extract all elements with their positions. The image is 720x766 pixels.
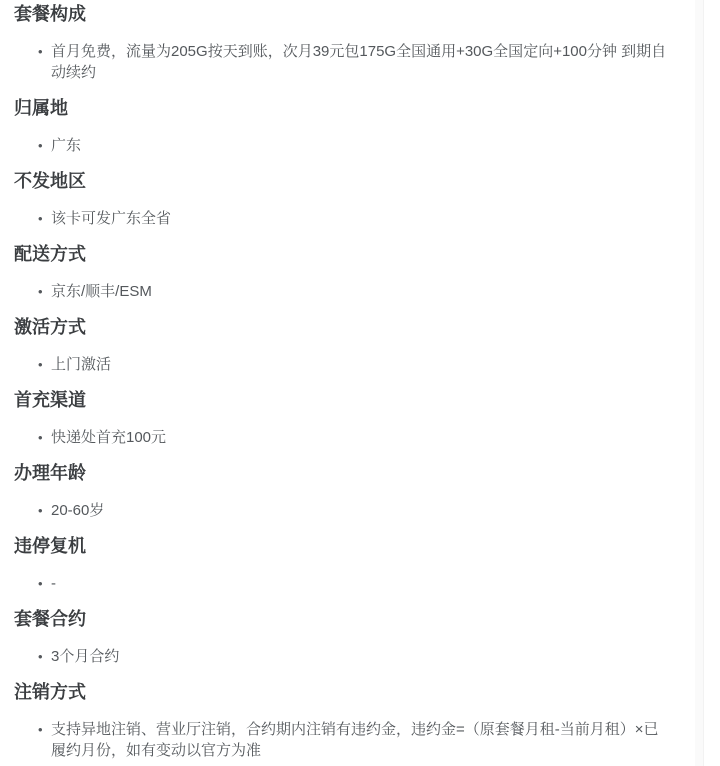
plan-section: 不发地区 • 该卡可发广东全省 (14, 171, 700, 229)
list-item: • 3个月合约 (14, 646, 700, 667)
section-heading: 激活方式 (14, 317, 700, 338)
list-item-text: 3个月合约 (51, 646, 119, 667)
plan-section: 激活方式 • 上门激活 (14, 317, 700, 375)
list-item: • 20-60岁 (14, 500, 700, 521)
bullet-icon: • (38, 500, 43, 521)
list-item-text: 支持异地注销、营业厅注销，合约期内注销有违约金，违约金=（原套餐月租-当前月租）… (51, 719, 673, 761)
sections-container: 套餐构成 • 首月免费，流量为205G按天到账，次月39元包175G全国通用+3… (14, 4, 700, 761)
list-item: • 广东 (14, 135, 700, 156)
plan-section: 首充渠道 • 快递处首充100元 (14, 390, 700, 448)
list-item: • - (14, 573, 700, 594)
right-edge-strip (695, 0, 704, 766)
bullet-icon: • (38, 573, 43, 594)
bullet-icon: • (38, 719, 43, 740)
section-list: • 上门激活 (14, 354, 700, 375)
section-heading: 归属地 (14, 98, 700, 119)
list-item-text: 上门激活 (51, 354, 111, 375)
list-item-text: 首月免费，流量为205G按天到账，次月39元包175G全国通用+30G全国定向+… (51, 41, 673, 83)
list-item-text: 该卡可发广东全省 (51, 208, 171, 229)
list-item: • 支持异地注销、营业厅注销，合约期内注销有违约金，违约金=（原套餐月租-当前月… (14, 719, 700, 761)
plan-section: 办理年龄 • 20-60岁 (14, 463, 700, 521)
plan-section: 归属地 • 广东 (14, 98, 700, 156)
bullet-icon: • (38, 41, 43, 62)
list-item-text: 20-60岁 (51, 500, 104, 521)
list-item-text: - (51, 573, 56, 594)
section-list: • 广东 (14, 135, 700, 156)
list-item: • 首月免费，流量为205G按天到账，次月39元包175G全国通用+30G全国定… (14, 41, 700, 83)
list-item-text: 广东 (51, 135, 81, 156)
section-list: • 支持异地注销、营业厅注销，合约期内注销有违约金，违约金=（原套餐月租-当前月… (14, 719, 700, 761)
list-item-text: 快递处首充100元 (51, 427, 166, 448)
plan-section: 注销方式 • 支持异地注销、营业厅注销，合约期内注销有违约金，违约金=（原套餐月… (14, 682, 700, 761)
section-heading: 办理年龄 (14, 463, 700, 484)
section-heading: 注销方式 (14, 682, 700, 703)
bullet-icon: • (38, 427, 43, 448)
section-list: • 20-60岁 (14, 500, 700, 521)
bullet-icon: • (38, 281, 43, 302)
section-list: • - (14, 573, 700, 594)
section-list: • 京东/顺丰/ESM (14, 281, 700, 302)
plan-details-page: 套餐构成 • 首月免费，流量为205G按天到账，次月39元包175G全国通用+3… (0, 0, 720, 766)
section-heading: 首充渠道 (14, 390, 700, 411)
section-heading: 违停复机 (14, 536, 700, 557)
section-list: • 该卡可发广东全省 (14, 208, 700, 229)
section-list: • 快递处首充100元 (14, 427, 700, 448)
plan-section: 套餐构成 • 首月免费，流量为205G按天到账，次月39元包175G全国通用+3… (14, 4, 700, 83)
bullet-icon: • (38, 646, 43, 667)
section-heading: 套餐构成 (14, 4, 700, 25)
list-item: • 该卡可发广东全省 (14, 208, 700, 229)
bullet-icon: • (38, 208, 43, 229)
list-item-text: 京东/顺丰/ESM (51, 281, 152, 302)
section-heading: 配送方式 (14, 244, 700, 265)
plan-section: 配送方式 • 京东/顺丰/ESM (14, 244, 700, 302)
bullet-icon: • (38, 354, 43, 375)
list-item: • 上门激活 (14, 354, 700, 375)
section-heading: 套餐合约 (14, 609, 700, 630)
section-list: • 3个月合约 (14, 646, 700, 667)
plan-section: 违停复机 • - (14, 536, 700, 594)
section-heading: 不发地区 (14, 171, 700, 192)
section-list: • 首月免费，流量为205G按天到账，次月39元包175G全国通用+30G全国定… (14, 41, 700, 83)
bullet-icon: • (38, 135, 43, 156)
list-item: • 京东/顺丰/ESM (14, 281, 700, 302)
plan-section: 套餐合约 • 3个月合约 (14, 609, 700, 667)
list-item: • 快递处首充100元 (14, 427, 700, 448)
